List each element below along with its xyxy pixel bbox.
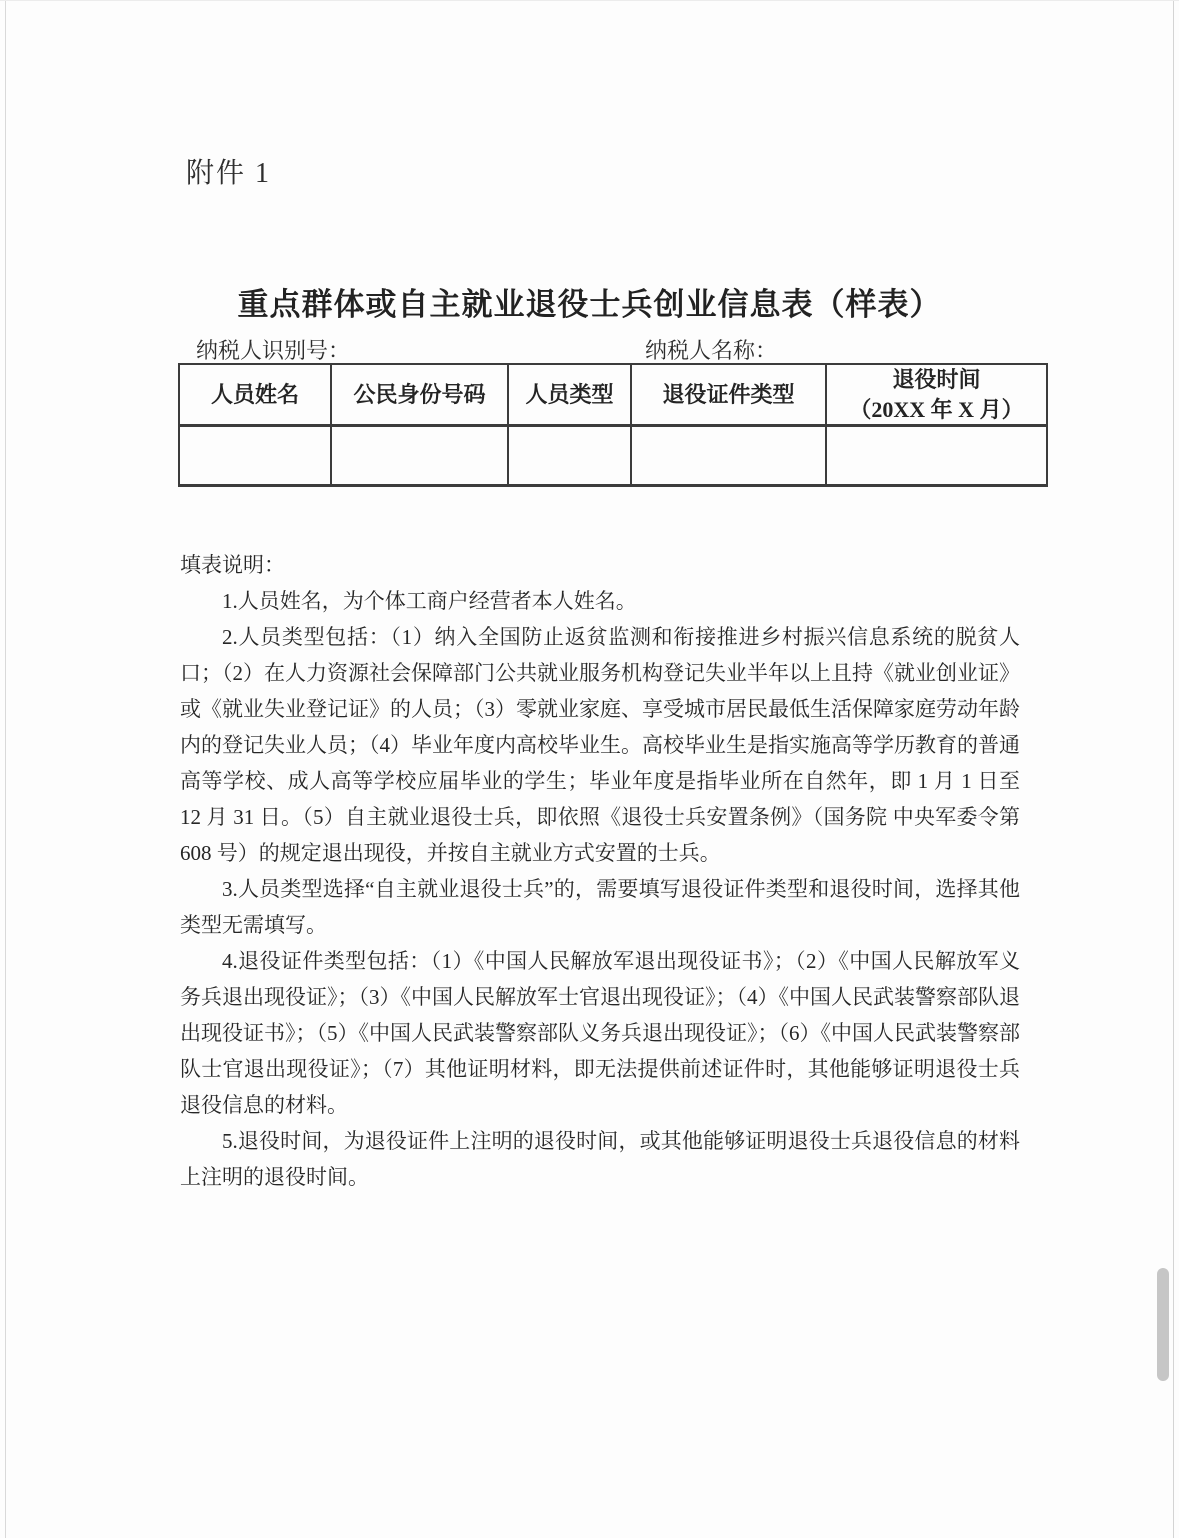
taxpayer-id-label: 纳税人识别号： <box>196 334 350 365</box>
attachment-label: 附件 1 <box>186 151 271 191</box>
col-header-discharge-time-line1: 退役时间 <box>892 367 980 392</box>
instructions-section: 填表说明： 1.人员姓名，为个体工商户经营者本人姓名。 2.人员类型包括：（1）… <box>180 547 1020 1195</box>
instruction-item-2: 2.人员类型包括：（1）纳入全国防止返贫监测和衔接推进乡村振兴信息系统的脱贫人口… <box>180 619 1020 871</box>
cell-cert-type <box>631 426 826 486</box>
document-viewer: 附件 1 重点群体或自主就业退役士兵创业信息表（样表） 纳税人识别号： 纳税人名… <box>0 0 1179 1538</box>
cell-citizen-id <box>331 426 508 486</box>
page-title: 重点群体或自主就业退役士兵创业信息表（样表） <box>0 279 1179 324</box>
instruction-item-1: 1.人员姓名，为个体工商户经营者本人姓名。 <box>180 583 1020 619</box>
col-header-cert-type: 退役证件类型 <box>631 364 826 426</box>
instructions-heading: 填表说明： <box>180 547 1020 583</box>
col-header-discharge-time: 退役时间 （20XX 年 X 月） <box>826 364 1047 426</box>
cell-person-type <box>508 426 631 486</box>
table-header-row: 人员姓名 公民身份号码 人员类型 退役证件类型 退役时间 （20XX 年 X 月… <box>179 364 1047 426</box>
taxpayer-name-label: 纳税人名称： <box>645 334 777 365</box>
scrollbar-thumb[interactable] <box>1157 1268 1169 1381</box>
col-header-person-name: 人员姓名 <box>179 364 331 426</box>
cell-discharge-time <box>826 426 1047 486</box>
table-row <box>179 426 1047 486</box>
page-left-edge <box>5 1 6 1538</box>
col-header-citizen-id: 公民身份号码 <box>331 364 508 426</box>
instruction-item-4: 4.退役证件类型包括：（1）《中国人民解放军退出现役证书》；（2）《中国人民解放… <box>180 943 1020 1123</box>
col-header-discharge-time-line2: （20XX 年 X 月） <box>849 397 1023 422</box>
instruction-item-3: 3.人员类型选择“自主就业退役士兵”的，需要填写退役证件类型和退役时间，选择其他… <box>180 871 1020 943</box>
veteran-info-table: 人员姓名 公民身份号码 人员类型 退役证件类型 退役时间 （20XX 年 X 月… <box>178 363 1048 487</box>
page-right-edge <box>1173 1 1174 1538</box>
cell-person-name <box>179 426 331 486</box>
col-header-person-type: 人员类型 <box>508 364 631 426</box>
instruction-item-5: 5.退役时间，为退役证件上注明的退役时间，或其他能够证明退役士兵退役信息的材料上… <box>180 1123 1020 1195</box>
